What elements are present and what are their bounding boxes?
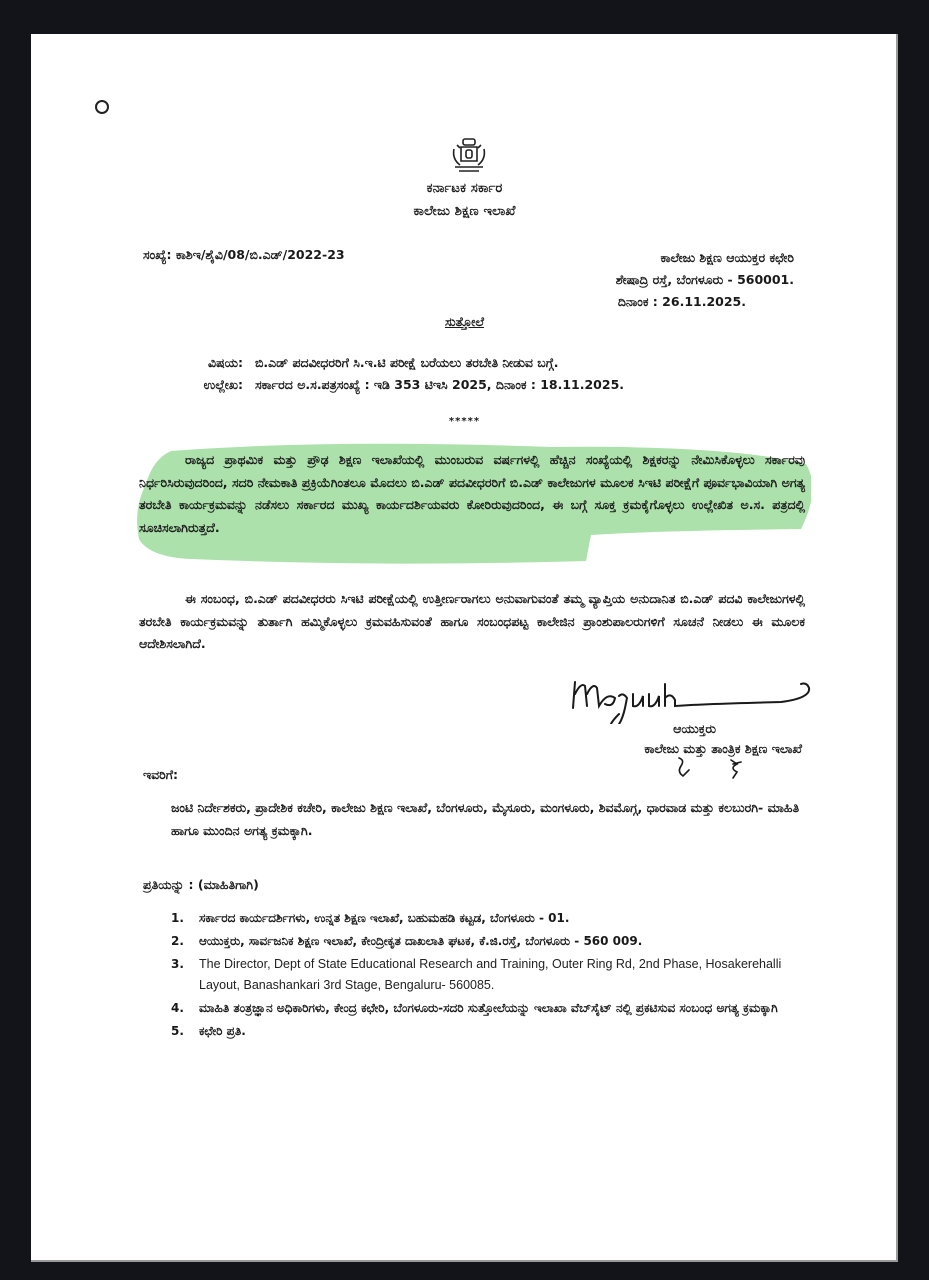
item-text: ಕಛೇರಿ ಪ್ರತಿ. [199,1021,811,1042]
copy-to-item: 1. ಸರ್ಕಾರದ ಕಾರ್ಯದರ್ಶಿಗಳು, ಉನ್ನತ ಶಿಕ್ಷಣ ಇ… [171,908,811,929]
reference-text: ಸರ್ಕಾರದ ಅ.ಸ.ಪತ್ರಸಂಖ್ಯೆ : ಇಡಿ 353 ಟಿಇಸಿ 2… [255,374,624,396]
reference-row: ಉಲ್ಲೇಖ: ಸರ್ಕಾರದ ಅ.ಸ.ಪತ್ರಸಂಖ್ಯೆ : ಇಡಿ 353… [181,374,624,396]
office-address: ಶೇಷಾದ್ರಿ ರಸ್ತೆ, ಬೆಂಗಳೂರು - 560001. [616,269,794,291]
copy-to-item: 3. The Director, Dept of State Education… [171,954,811,996]
signatory-title: ಆಯುಕ್ತರು [644,719,802,739]
order-date: ದಿನಾಂಕ : 26.11.2025. [616,291,794,313]
department-name: ಕಾಲೇಜು ಶಿಕ್ಷಣ ಇಲಾಖೆ [31,204,898,219]
item-number: 1. [171,908,199,929]
subject-text: ಬಿ.ಎಡ್ ಪದವೀಧರರಿಗೆ ಸಿ.ಇ.ಟಿ ಪರೀಕ್ಷೆ ಬರೆಯಲು… [255,352,558,374]
punch-hole-mark [95,100,109,114]
subject-label: ವಿಷಯ: [181,352,255,374]
copy-to-item: 2. ಆಯುಕ್ತರು, ಸಾರ್ವಜನಿಕ ಶಿಕ್ಷಣ ಇಲಾಖೆ, ಕೇಂ… [171,931,811,952]
item-number: 3. [171,954,199,996]
handwritten-initials [671,756,761,780]
reference-number: ಸಂಖ್ಯೆ: ಕಾಶಿಇ/ಶೈವಿ/08/ಬಿ.ಎಡ್/2022-23 [143,247,345,263]
separator: ***** [31,416,898,427]
subject-block: ವಿಷಯ: ಬಿ.ಎಡ್ ಪದವೀಧರರಿಗೆ ಸಿ.ಇ.ಟಿ ಪರೀಕ್ಷೆ … [181,352,624,396]
copy-to-item: 4. ಮಾಹಿತಿ ತಂತ್ರಜ್ಞಾನ ಅಧಿಕಾರಿಗಳು, ಕೇಂದ್ರ … [171,998,811,1019]
item-text: The Director, Dept of State Educational … [199,954,811,996]
item-text: ಆಯುಕ್ತರು, ಸಾರ್ವಜನಿಕ ಶಿಕ್ಷಣ ಇಲಾಖೆ, ಕೇಂದ್ರ… [199,931,811,952]
office-name: ಕಾಲೇಜು ಶಿಕ್ಷಣ ಆಯುಕ್ತರ ಕಛೇರಿ [616,247,794,269]
document-page: ಕರ್ನಾಟಕ ಸರ್ಕಾರ ಕಾಲೇಜು ಶಿಕ್ಷಣ ಇಲಾಖೆ ಸಂಖ್ಯ… [31,34,898,1262]
circular-title: ಸುತ್ತೋಲೆ [31,314,898,330]
reference-label: ಉಲ್ಲೇಖ: [181,374,255,396]
item-text: ಸರ್ಕಾರದ ಕಾರ್ಯದರ್ಶಿಗಳು, ಉನ್ನತ ಶಿಕ್ಷಣ ಇಲಾಖ… [199,908,811,929]
addressee-text: ಜಂಟಿ ನಿರ್ದೇಶಕರು, ಪ್ರಾದೇಶಿಕ ಕಚೇರಿ, ಕಾಲೇಜು… [171,796,811,842]
paragraph-1: ರಾಜ್ಯದ ಪ್ರಾಥಮಿಕ ಮತ್ತು ಪ್ರೌಢ ಶಿಕ್ಷಣ ಇಲಾಖೆ… [139,449,805,539]
date-value: 26.11.2025. [662,294,746,309]
date-label: ದಿನಾಂಕ : [618,294,658,309]
paragraph-2: ಈ ಸಂಬಂಧ, ಬಿ.ಎಡ್ ಪದವೀಧರರು ಸಿಇಟಿ ಪರೀಕ್ಷೆಯಲ… [139,588,805,656]
signature-handwritten [561,674,821,724]
signatory-block: ಆಯುಕ್ತರು ಕಾಲೇಜು ಮತ್ತು ತಾಂತ್ರಿಕ ಶಿಕ್ಷಣ ಇಲ… [644,719,802,759]
item-text: ಮಾಹಿತಿ ತಂತ್ರಜ್ಞಾನ ಅಧಿಕಾರಿಗಳು, ಕೇಂದ್ರ ಕಛೇ… [199,998,811,1019]
item-number: 4. [171,998,199,1019]
subject-row: ವಿಷಯ: ಬಿ.ಎಡ್ ಪದವೀಧರರಿಗೆ ಸಿ.ಇ.ಟಿ ಪರೀಕ್ಷೆ … [181,352,624,374]
copy-to-label: ಪ್ರತಿಯನ್ನು : (ಮಾಹಿತಿಗಾಗಿ) [143,877,259,893]
copy-to-list: 1. ಸರ್ಕಾರದ ಕಾರ್ಯದರ್ಶಿಗಳು, ಉನ್ನತ ಶಿಕ್ಷಣ ಇ… [171,908,811,1044]
addressee-label: ಇವರಿಗೆ: [143,767,178,783]
karnataka-emblem-icon [451,137,487,175]
item-number: 2. [171,931,199,952]
item-number: 5. [171,1021,199,1042]
copy-to-item: 5. ಕಛೇರಿ ಪ್ರತಿ. [171,1021,811,1042]
government-name: ಕರ್ನಾಟಕ ಸರ್ಕಾರ [31,181,898,196]
office-address-block: ಕಾಲೇಜು ಶಿಕ್ಷಣ ಆಯುಕ್ತರ ಕಛೇರಿ ಶೇಷಾದ್ರಿ ರಸ್… [616,247,794,313]
